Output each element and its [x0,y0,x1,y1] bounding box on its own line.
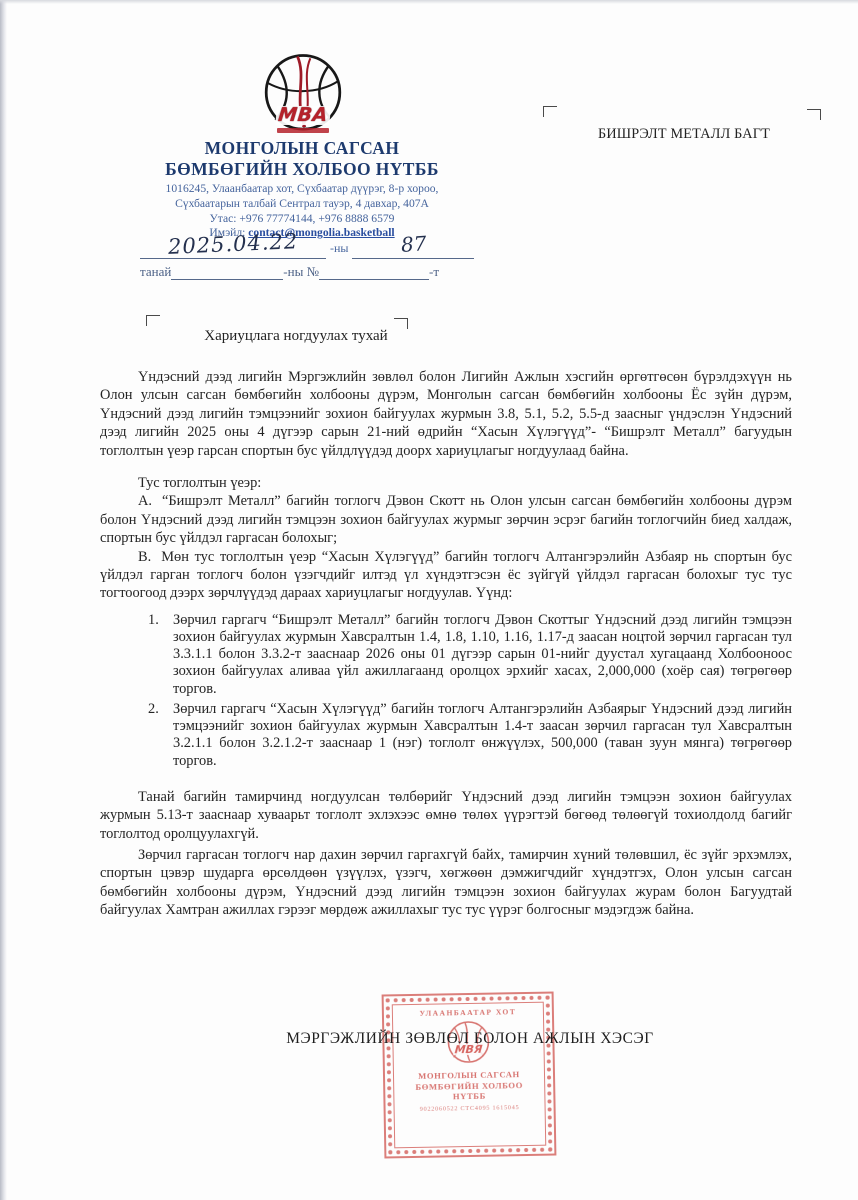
org-name-line2: БӨМБӨГИЙН ХОЛБОО НҮТББ [62,159,542,180]
scanned-letter-page: MBA МОНГОЛЫН САГСАН БӨМБӨГИЙН ХОЛБОО НҮТ… [0,0,858,1200]
phone-line: Утас: +976 77774144, +976 8888 6579 [42,212,562,227]
recipient-blank-2 [319,265,429,280]
stamp-org-name: МОНГОЛЫН САГСАН БӨМБӨГИЙН ХОЛБОО НҮТББ [415,1069,523,1102]
letter-body: Үндэсний дээд лигийн Мэргэжлийн зөвлөл б… [100,368,792,920]
addressee: БИШРЭЛТ МЕТАЛЛ БАГТ [556,126,812,143]
reply-reference-row: танай-ны №-т [140,264,490,284]
clause-b: В.Мөн тус тоглолтын үеэр “Хасын Хүлэгүүд… [100,548,792,603]
list-item: 1. Зөрчил гаргагч “Бишрэлт Металл” багий… [148,612,792,698]
list-item-text: Зөрчил гаргагч “Хасын Хүлэгүүд” багийн т… [173,701,792,770]
clause-b-text: Мөн тус тоглолтын үеэр “Хасын Хүлэгүүд” … [100,549,792,602]
address-line1: 1016245, Улаанбаатар хот, Сүхбаатар дүүр… [42,182,562,197]
clause-a: А.“Бишрэлт Металл” багийн тоглогч Дэвон … [100,492,792,547]
mba-logo-text: MBA [275,106,331,125]
stamp-core: УЛААНБААТАР ХОТ МВЯ МОНГОЛЫН САГСАН БӨМБ… [392,1002,546,1149]
clause-b-label: В. [138,549,161,565]
recipient-suffix: -т [429,264,439,279]
scan-edge [0,0,7,1200]
list-item: 2. Зөрчил гаргагч “Хасын Хүлэгүүд” багий… [148,701,792,770]
clause-a-text: “Бишрэлт Металл” багийн тоглогч Дэвон Ск… [100,493,792,546]
subject-line: Хариуцлага ногдуулах тухай [168,328,424,345]
stamp-city-text: УЛААНБААТАР ХОТ [419,1007,516,1018]
paragraph-obligations: Зөрчил гаргасан тоглогч нар дахин зөрчил… [100,846,792,920]
date-suffix-label: -ны [326,241,352,255]
date-underline: 2025.04.22 [140,232,326,259]
stamp-registration-number: 9022060522 СТС4095 1615045 [420,1104,520,1113]
paragraph-payment: Танай багийн тамирчинд ногдуулсан төлбөр… [100,788,792,843]
list-item-text: Зөрчил гаргагч “Бишрэлт Металл” багийн т… [173,612,792,698]
number-underline: 87 [352,232,474,259]
handwritten-number: 87 [400,231,427,257]
org-name-line1: МОНГОЛЫН САГСАН [62,138,542,159]
list-item-number: 1. [148,612,173,698]
scan-edge-top [0,0,858,4]
paragraph-1: Үндэсний дээд лигийн Мэргэжлийн зөвлөл б… [100,368,792,460]
recipient-prefix: танай [140,264,171,279]
clause-a-label: А. [138,493,162,509]
basketball-logo-icon: MBA [243,50,363,148]
list-item-number: 2. [148,701,173,770]
recipient-blank-1 [171,265,283,280]
handwritten-date: 2025.04.22 [167,229,298,259]
reference-date-row: 2025.04.22-ны87 [140,232,490,264]
crop-mark-top-left-addressee [543,106,557,117]
address-line2: Сүхбаатарын талбай Сентрал тауэр, 4 давх… [42,197,562,212]
paragraph-intro: Тус тоглолтын үеэр: [100,474,792,492]
closing-signature-line: МЭРГЭЖЛИЙН ЗӨВЛӨЛ БОЛОН АЖЛЫН ХЭСЭГ [150,1030,790,1048]
crop-mark-top-right-addressee [807,109,821,120]
sanction-list: 1. Зөрчил гаргагч “Бишрэлт Металл” багий… [148,612,792,770]
logo-tagline-bar [277,128,329,133]
crop-mark-subject-left [146,315,160,326]
recipient-mid: -ны № [283,264,319,279]
stamp-border-pattern: УЛААНБААТАР ХОТ МВЯ МОНГОЛЫН САГСАН БӨМБ… [386,996,553,1155]
stamp-org-line3: НҮТББ [416,1090,524,1102]
org-name: МОНГОЛЫН САГСАН БӨМБӨГИЙН ХОЛБОО НҮТББ [62,138,542,179]
official-red-stamp: УЛААНБААТАР ХОТ МВЯ МОНГОЛЫН САГСАН БӨМБ… [382,992,557,1159]
